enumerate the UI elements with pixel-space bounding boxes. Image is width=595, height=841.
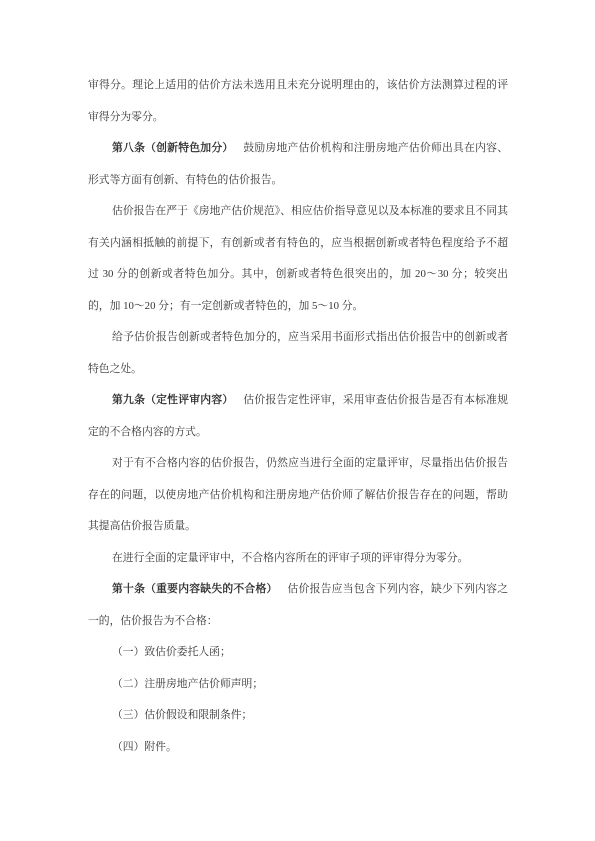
paragraph-text: 在进行全面的定量评审中，不合格内容所在的评审子项的评审得分为零分。: [112, 552, 468, 564]
list-item: （一）致估价委托人函；: [88, 637, 508, 669]
body-paragraph: 对于有不合格内容的估价报告，仍然应当进行全面的定量评审，尽量指出估价报告存在的问…: [88, 448, 508, 543]
paragraph-text: （一）致估价委托人函；: [112, 646, 231, 658]
article-paragraph: 第九条（定性评审内容）估价报告定性评审，采用审查估价报告是否有本标准规定的不合格…: [88, 385, 508, 448]
paragraph-text: （四）附件。: [112, 741, 177, 753]
list-item: （三）估价假设和限制条件；: [88, 700, 508, 732]
list-item: （四）附件。: [88, 732, 508, 764]
article-heading: 第八条（创新特色加分）: [112, 142, 233, 154]
article-heading: 第九条（定性评审内容）: [112, 394, 233, 406]
paragraph-text: 给予估价报告创新或者特色加分的，应当采用书面形式指出估价报告中的创新或者特色之处…: [88, 331, 508, 375]
body-paragraph: 估价报告在严于《房地产估价规范》、相应估价指导意见以及本标准的要求且不同其有关内…: [88, 196, 508, 322]
continuation-paragraph: 审得分。理论上适用的估价方法未选用且未充分说明理由的，该估价方法测算过程的评审得…: [88, 70, 508, 133]
article-paragraph: 第八条（创新特色加分）鼓励房地产估价机构和注册房地产估价师出具在内容、形式等方面…: [88, 133, 508, 196]
paragraph-text: 对于有不合格内容的估价报告，仍然应当进行全面的定量评审，尽量指出估价报告存在的问…: [88, 457, 508, 532]
body-paragraph: 给予估价报告创新或者特色加分的，应当采用书面形式指出估价报告中的创新或者特色之处…: [88, 322, 508, 385]
article-heading: 第十条（重要内容缺失的不合格）: [112, 583, 278, 595]
body-paragraph: 在进行全面的定量评审中，不合格内容所在的评审子项的评审得分为零分。: [88, 543, 508, 575]
article-paragraph: 第十条（重要内容缺失的不合格）估价报告应当包含下列内容，缺少下列内容之一的，估价…: [88, 574, 508, 637]
paragraph-text: （二）注册房地产估价师声明；: [112, 678, 263, 690]
document-content: 审得分。理论上适用的估价方法未选用且未充分说明理由的，该估价方法测算过程的评审得…: [88, 70, 508, 763]
paragraph-text: 审得分。理论上适用的估价方法未选用且未充分说明理由的，该估价方法测算过程的评审得…: [88, 79, 508, 123]
list-item: （二）注册房地产估价师声明；: [88, 669, 508, 701]
document-page: 审得分。理论上适用的估价方法未选用且未充分说明理由的，该估价方法测算过程的评审得…: [0, 0, 595, 841]
paragraph-text: （三）估价假设和限制条件；: [112, 709, 252, 721]
paragraph-text: 估价报告在严于《房地产估价规范》、相应估价指导意见以及本标准的要求且不同其有关内…: [88, 205, 508, 312]
